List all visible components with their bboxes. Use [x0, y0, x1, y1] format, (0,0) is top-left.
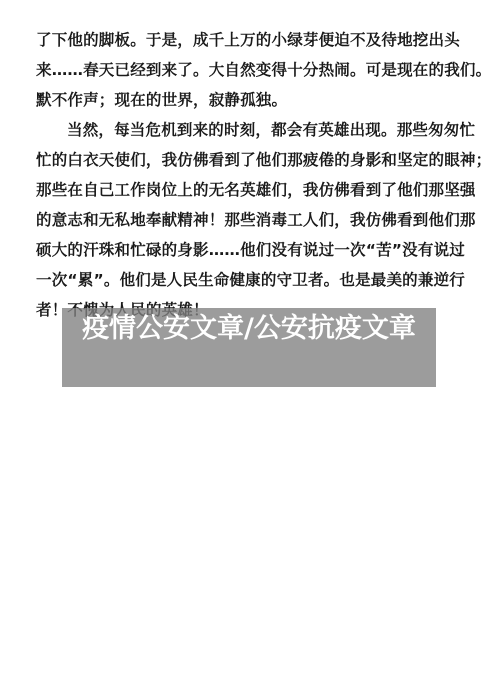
paragraph-line: 的意志和无私地奉献精神！那些消毒工人们，我仿佛看到他们那	[36, 210, 476, 230]
paragraph-line: 了下他的脚板。于是，成千上万的小绿芽便迫不及待地挖出头	[36, 30, 460, 50]
overlay-title: 疫情公安文章/公安抗疫文章	[62, 312, 436, 346]
paragraph-line: 来……春天已经到来了。大自然变得十分热闹。可是现在的我们。	[36, 60, 491, 80]
paragraph-line: 硕大的汗珠和忙碌的身影……他们没有说过一次“苦”没有说过	[36, 240, 465, 260]
paragraph-line: 一次“累”。他们是人民生命健康的守卫者。也是最美的兼逆行	[36, 270, 465, 290]
paragraph-line: 忙的白衣天使们，我仿佛看到了他们那疲倦的身影和坚定的眼神；	[36, 150, 491, 170]
paragraph-line: 当然，每当危机到来的时刻，都会有英雄出现。那些匆匆忙	[67, 120, 475, 140]
paragraph-line: 默不作声；现在的世界，寂静孤独。	[36, 90, 287, 110]
paragraph-line: 那些在自己工作岗位上的无名英雄们，我仿佛看到了他们那坚强	[36, 180, 476, 200]
